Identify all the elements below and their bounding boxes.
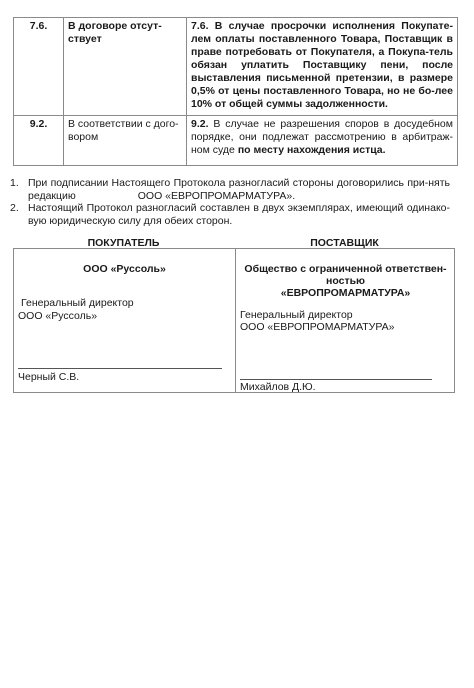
clauses-list: 1. При подписании Настоящего Протокола р… — [10, 177, 450, 227]
buyer-org-name: ООО «Руссоль» — [14, 263, 235, 276]
buyer-signature-line — [18, 368, 222, 369]
supplier-signatory: Михайлов Д.Ю. — [240, 381, 316, 393]
original-wording-cell: В соответствии с дого-вором — [64, 116, 187, 166]
buyer-signature-column: ООО «Руссоль» Генеральный директор ООО «… — [14, 249, 235, 392]
supplier-signature-column: Общество с ограниченной ответствен- ност… — [235, 249, 455, 392]
proposed-wording-cell: 9.2. В случае не разрешения споров в дос… — [187, 116, 458, 166]
signature-block: ООО «Руссоль» Генеральный директор ООО «… — [13, 248, 455, 393]
supplier-position-org: ООО «ЕВРОПРОМАРМАТУРА» — [240, 321, 395, 334]
proposed-wording-cell: 7.6. В случае просрочки исполнения Покуп… — [187, 18, 458, 116]
supplier-position: Генеральный директор — [240, 309, 353, 322]
clause-number-cell: 9.2. — [14, 116, 64, 166]
original-wording-cell: В договоре отсут-ствует — [64, 18, 187, 116]
buyer-signatory: Черный С.В. — [18, 371, 79, 383]
buyer-position-org: ООО «Руссоль» — [18, 310, 97, 323]
list-item: 2. Настоящий Протокол разногласий состав… — [10, 202, 450, 227]
supplier-org-line-1: Общество с ограниченной ответствен- — [236, 263, 455, 276]
supplier-org-line-3: «ЕВРОПРОМАРМАТУРА» — [236, 287, 455, 300]
disagreements-table: 7.6. В договоре отсут-ствует 7.6. В случ… — [13, 17, 458, 166]
table-row: 7.6. В договоре отсут-ствует 7.6. В случ… — [14, 18, 458, 116]
supplier-org-line-2: ностью — [236, 275, 455, 288]
clause-number-cell: 7.6. — [14, 18, 64, 116]
supplier-signature-line — [240, 379, 432, 380]
buyer-position: Генеральный директор — [21, 297, 134, 310]
list-item: 1. При подписании Настоящего Протокола р… — [10, 177, 450, 202]
table-row: 9.2. В соответствии с дого-вором 9.2. В … — [14, 116, 458, 166]
